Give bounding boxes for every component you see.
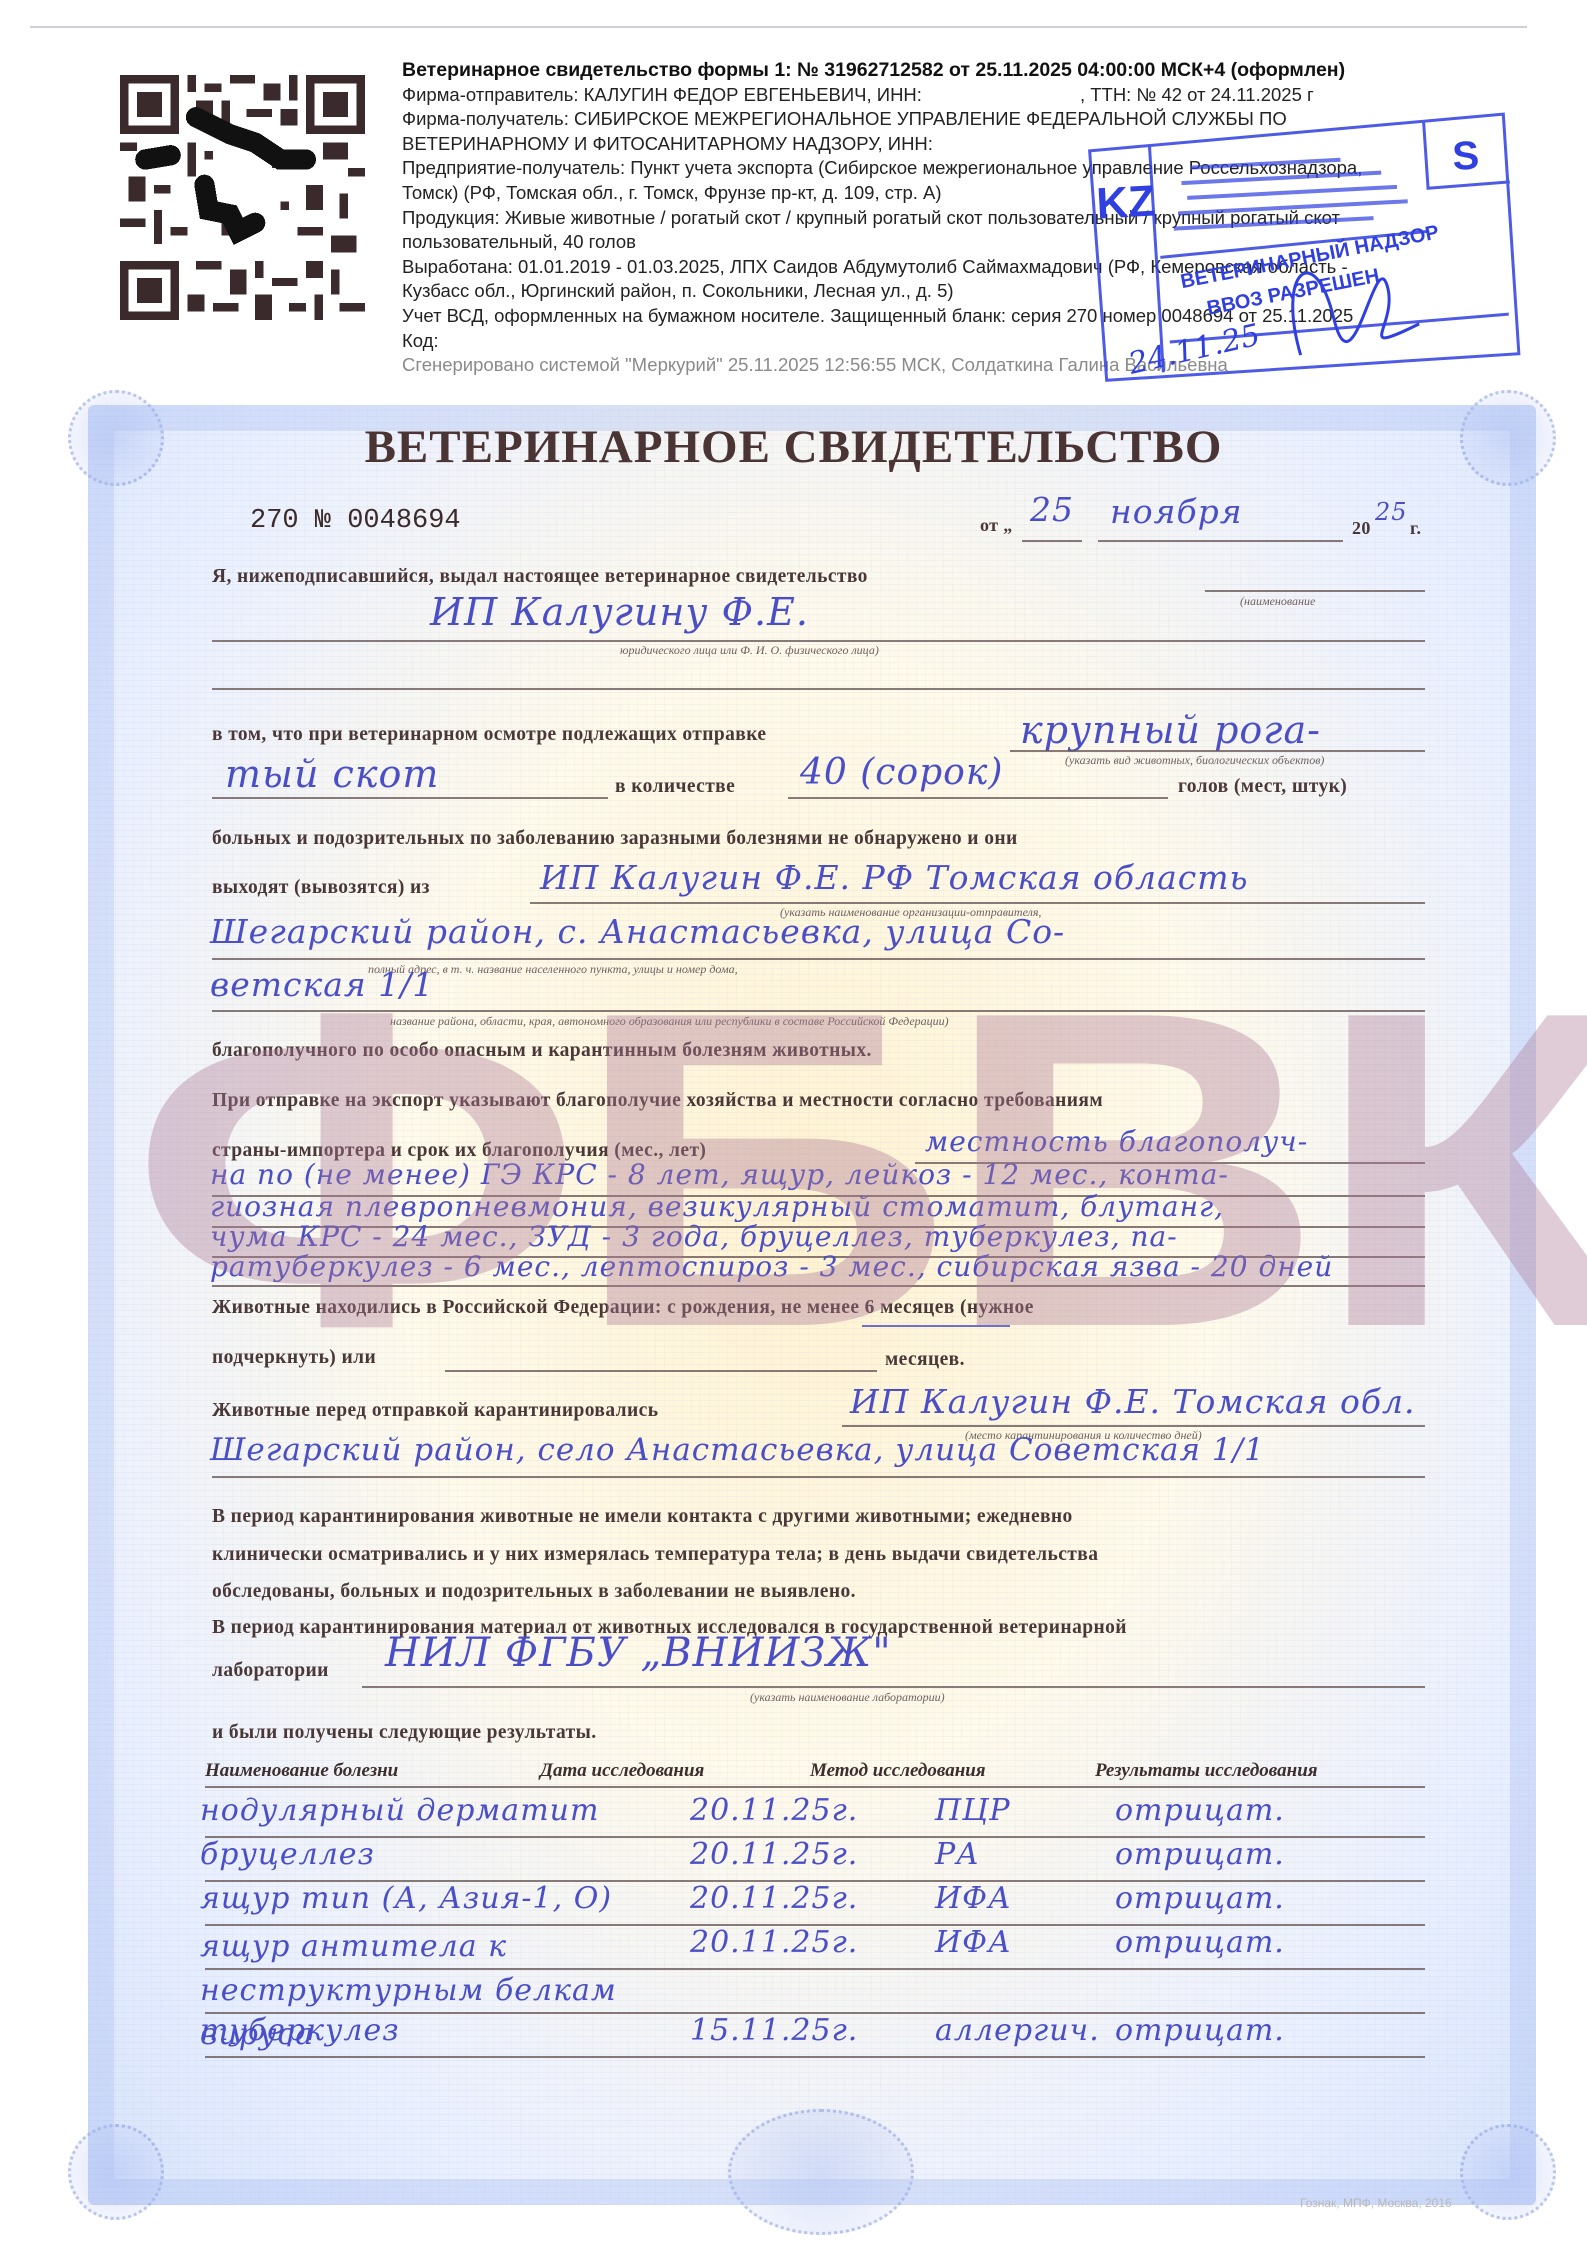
disease-cell[interactable]: туберкулез — [200, 2013, 400, 2048]
export-text: При отправке на экспорт указывают благоп… — [212, 1090, 1103, 1112]
disease-cell[interactable]: ящур тип (А, Азия-1, О) — [200, 1881, 612, 1916]
sender-line: Фирма-отправитель: КАЛУГИН ФЕДОР ЕВГЕНЬЕ… — [402, 83, 1532, 108]
inspection-text: в том, что при ветеринарном осмотре подл… — [212, 724, 766, 746]
animal-kind-handwritten-1[interactable]: крупный рога- — [1020, 708, 1321, 752]
exported-from: выходят (вывозятся) из — [212, 877, 430, 899]
form-line — [445, 1370, 877, 1372]
rf-residence-text: Животные находились в Российской Федерац… — [212, 1297, 1034, 1319]
form-line — [212, 1010, 1425, 1012]
issued-text: Я, нижеподписавшийся, выдал настоящее ве… — [212, 566, 868, 588]
origin-handwritten-3[interactable]: ветская 1/1 — [210, 965, 434, 1004]
form-line — [842, 1425, 1425, 1427]
method-cell[interactable]: РА — [935, 1837, 980, 1872]
rosette-ornament — [1460, 2124, 1556, 2220]
disease-cell[interactable]: бруцеллез — [200, 1837, 375, 1872]
form-line — [205, 1968, 1425, 1970]
recipient-handwritten[interactable]: ИП Калугину Ф.Е. — [430, 590, 809, 634]
date-cell[interactable]: 20.11.25г. — [690, 1793, 858, 1828]
column-header-date: Дата исследования — [540, 1760, 704, 1782]
date-year[interactable]: 25 — [1375, 498, 1408, 526]
column-header-result: Результаты исследования — [1095, 1760, 1318, 1782]
wellbeing-text: благополучного по особо опасным и карант… — [212, 1040, 872, 1062]
recipient-line-2: ВЕТЕРИНАРНОМУ И ФИТОСАНИТАРНОМУ НАДЗОРУ,… — [402, 132, 1532, 157]
form-line — [212, 1476, 1425, 1478]
result-cell[interactable]: отрицат. — [1115, 1925, 1285, 1960]
quarantine-handwritten-2[interactable]: Шегарский район, село Анастасьевка, улиц… — [210, 1432, 1265, 1468]
rosette-ornament — [728, 2109, 914, 2235]
no-disease-text: больных и подозрительных по заболеванию … — [212, 828, 1018, 850]
redacted-inn — [922, 87, 1080, 105]
results-intro: и были получены следующие результаты. — [212, 1722, 597, 1744]
method-cell[interactable]: ИФА — [935, 1925, 1012, 1960]
date-cell[interactable]: 15.11.25г. — [690, 2013, 858, 2048]
column-header-disease: Наименование болезни — [205, 1760, 398, 1782]
paper-note: Учет ВСД, оформленных на бумажном носите… — [402, 304, 1532, 329]
wellbeing-handwritten[interactable]: чума КРС - 24 мес., ЗУД - 3 года, бруцел… — [210, 1220, 1178, 1253]
method-cell[interactable]: аллергич. — [935, 2013, 1100, 2048]
quantity-handwritten[interactable]: 40 (сорок) — [800, 752, 1003, 793]
form-line — [212, 1285, 1425, 1287]
quarantine-handwritten-1[interactable]: ИП Калугин Ф.Е. Томская обл. — [850, 1382, 1415, 1421]
origin-handwritten-2[interactable]: Шегарский район, с. Анастасьевка, улица … — [210, 912, 1065, 951]
quarantine-para: В период карантинирования животные не им… — [212, 1506, 1073, 1528]
handwritten-underline — [862, 1325, 1010, 1327]
quarantine-para: обследованы, больных и подозрительных в … — [212, 1581, 856, 1603]
result-cell[interactable]: отрицат. — [1115, 1881, 1285, 1916]
print-mark: Гознак, МПФ, Москва, 2016 — [1300, 2196, 1452, 2210]
date-month-line — [1098, 540, 1343, 542]
date-day[interactable]: 25 — [1030, 490, 1074, 529]
rosette-ornament — [68, 2124, 164, 2220]
method-cell[interactable]: ПЦР — [935, 1793, 1011, 1828]
wellbeing-handwritten[interactable]: на по (не менее) ГЭ КРС - 8 лет, ящур, л… — [210, 1158, 1229, 1191]
result-cell[interactable]: отрицат. — [1115, 2013, 1285, 2048]
enterprise-line-1: Предприятие-получатель: Пункт учета эксп… — [402, 156, 1532, 181]
form-line — [212, 640, 1425, 642]
date-month[interactable]: ноября — [1110, 492, 1243, 531]
wellbeing-handwritten[interactable]: местность благополуч- — [925, 1125, 1308, 1158]
hint-kind: (указать вид животных, биологических объ… — [1065, 753, 1324, 768]
qr-code — [120, 75, 365, 320]
form-line — [205, 2056, 1425, 2058]
qr-code-icon — [120, 75, 365, 320]
produced-line-2: Кузбасс обл., Юргинский район, п. Соколь… — [402, 279, 1532, 304]
origin-handwritten-1[interactable]: ИП Калугин Ф.Е. РФ Томская область — [540, 858, 1249, 897]
produced-line-1: Выработана: 01.01.2019 - 01.03.2025, ЛПХ… — [402, 255, 1532, 280]
underline-text: подчеркнуть) или — [212, 1347, 376, 1369]
product-line-1: Продукция: Живые животные / рогатый скот… — [402, 206, 1532, 231]
wellbeing-handwritten[interactable]: гиозная плевропневмония, везикулярный ст… — [210, 1190, 1224, 1223]
form-line — [362, 1686, 1425, 1688]
quarantine-para: клинически осматривались и у них измерял… — [212, 1544, 1098, 1566]
lab-handwritten[interactable]: НИЛ ФГБУ „ВНИИЗЖ" — [385, 1630, 892, 1676]
date-cell[interactable]: 20.11.25г. — [690, 1837, 858, 1872]
date-day-line — [1022, 540, 1082, 542]
form-line — [212, 688, 1425, 690]
form-line — [788, 797, 1168, 799]
form-line — [1205, 590, 1425, 592]
date-cell[interactable]: 20.11.25г. — [690, 1881, 858, 1916]
column-header-method: Метод исследования — [810, 1760, 986, 1782]
disease-cell[interactable]: нодулярный дерматит — [200, 1793, 599, 1828]
method-cell[interactable]: ИФА — [935, 1881, 1012, 1916]
quantity-label: в количестве — [615, 776, 735, 798]
quarantine-text: Животные перед отправкой карантинировали… — [212, 1400, 658, 1422]
form-line — [212, 958, 1425, 960]
form-line — [530, 902, 1425, 904]
date-prefix: от „ — [980, 515, 1013, 536]
lab-label: лаборатории — [212, 1660, 329, 1682]
enterprise-line-2: Томск) (РФ, Томская обл., г. Томск, Фрун… — [402, 181, 1532, 206]
date-year-prefix: 20 — [1352, 518, 1371, 539]
series-number: 270 № 0048694 — [250, 506, 461, 536]
hint-name: (наименование — [1240, 594, 1315, 609]
recipient-line-1: Фирма-получатель: СИБИРСКОЕ МЕЖРЕГИОНАЛЬ… — [402, 107, 1532, 132]
quantity-unit: голов (мест, штук) — [1178, 776, 1347, 798]
hint-region: название района, области, края, автономн… — [390, 1014, 949, 1029]
months-text: месяцев. — [885, 1349, 965, 1371]
hint-legal: юридического лица или Ф. И. О. физическо… — [620, 643, 879, 658]
code-label: Код: — [402, 329, 1532, 354]
product-line-2: пользовательный, 40 голов — [402, 230, 1532, 255]
scan-edge — [30, 26, 1527, 28]
form-line — [212, 797, 608, 799]
date-year-end: г. — [1410, 518, 1421, 539]
certificate-title: ВЕТЕРИНАРНОЕ СВИДЕТЕЛЬСТВО — [0, 420, 1587, 474]
date-cell[interactable]: 20.11.25г. — [690, 1925, 858, 1960]
wellbeing-handwritten[interactable]: ратуберкулез - 6 мес., лептоспироз - 3 м… — [210, 1250, 1333, 1283]
form-line — [1010, 750, 1425, 752]
result-cell[interactable]: отрицат. — [1115, 1837, 1285, 1872]
hint-lab: (указать наименование лаборатории) — [750, 1690, 945, 1705]
animal-kind-handwritten-2[interactable]: тый скот — [225, 752, 439, 796]
mercury-header: Ветеринарное свидетельство формы 1: № 31… — [402, 58, 1532, 378]
mercury-title: Ветеринарное свидетельство формы 1: № 31… — [402, 58, 1532, 83]
table-header-line — [205, 1786, 1425, 1788]
result-cell[interactable]: отрицат. — [1115, 1793, 1285, 1828]
generated-by: Сгенерировано системой "Меркурий" 25.11.… — [402, 353, 1532, 378]
